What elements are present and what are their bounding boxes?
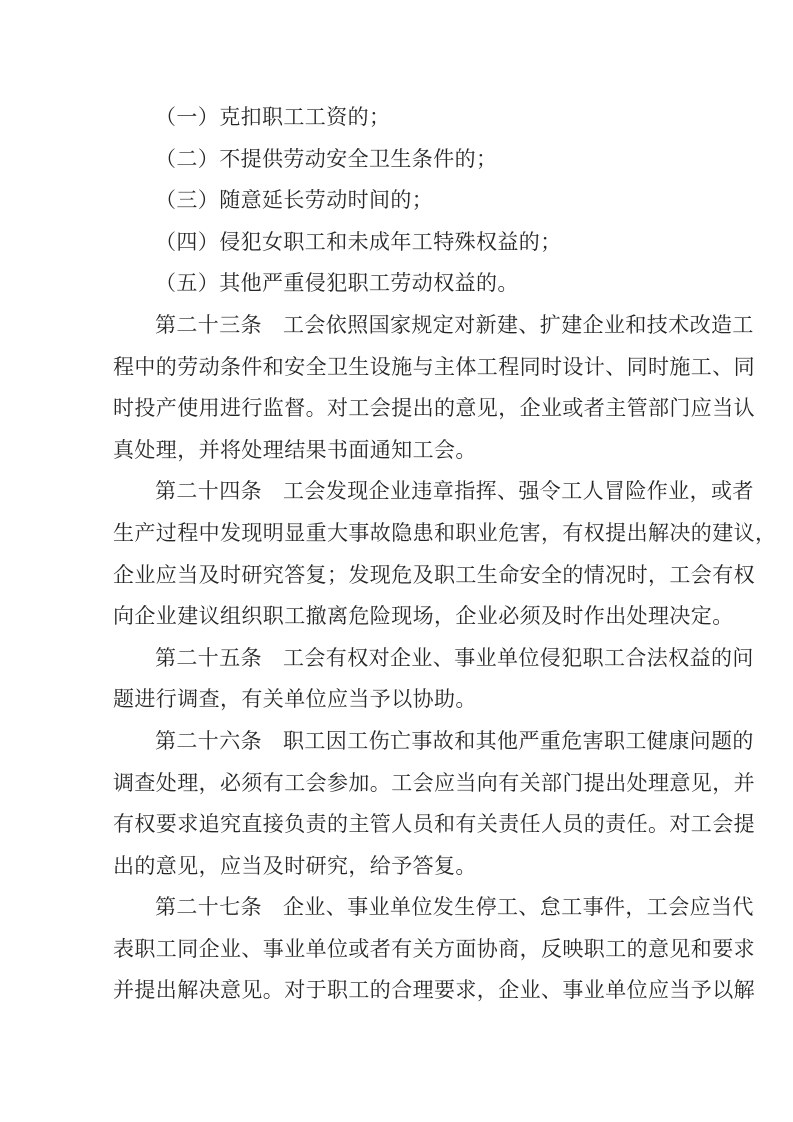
article-text: 向企业建议组织职工撤离危险现场，企业必须及时作出处理决定。 bbox=[71, 596, 713, 638]
article-text: 时投产使用进行监督。对工会提出的意见，企业或者主管部门应当认 bbox=[71, 388, 713, 430]
article-number: 第二十五条 bbox=[155, 646, 262, 670]
article-27: 第二十七条企业、事业单位发生停工、怠工事件，工会应当代 表职工同企业、事业单位或… bbox=[71, 887, 713, 1012]
article-text: 企业、事业单位发生停工、怠工事件，工会应当代 bbox=[283, 895, 754, 919]
article-number: 第二十三条 bbox=[155, 313, 262, 337]
article-25: 第二十五条工会有权对企业、事业单位侵犯职工合法权益的问 题进行调查，有关单位应当… bbox=[71, 638, 713, 721]
article-text: 表职工同企业、事业单位或者有关方面协商，反映职工的意见和要求 bbox=[71, 929, 713, 971]
document-body: （一）克扣职工工资的； （二）不提供劳动安全卫生条件的； （三）随意延长劳动时间… bbox=[71, 97, 713, 1012]
item-label: （三） bbox=[155, 188, 219, 212]
article-text: 调查处理，必须有工会参加。工会应当向有关部门提出处理意见，并 bbox=[71, 763, 713, 805]
article-text: 并提出解决意见。对于职工的合理要求，企业、事业单位应当予以解 bbox=[71, 970, 713, 1012]
article-24: 第二十四条工会发现企业违章指挥、强令工人冒险作业，或者 生产过程中发现明显重大事… bbox=[71, 471, 713, 637]
article-text: 工会有权对企业、事业单位侵犯职工合法权益的问 bbox=[283, 646, 754, 670]
item-label: （五） bbox=[155, 271, 219, 295]
article-number: 第二十六条 bbox=[155, 729, 262, 753]
article-text: 生产过程中发现明显重大事故隐患和职业危害，有权提出解决的建议， bbox=[71, 513, 713, 555]
list-item: （一）克扣职工工资的； bbox=[71, 97, 713, 139]
item-label: （二） bbox=[155, 147, 219, 171]
item-text: 不提供劳动安全卫生条件的； bbox=[219, 147, 497, 171]
item-text: 随意延长劳动时间的； bbox=[219, 188, 433, 212]
list-item: （二）不提供劳动安全卫生条件的； bbox=[71, 139, 713, 181]
article-23: 第二十三条工会依照国家规定对新建、扩建企业和技术改造工 程中的劳动条件和安全卫生… bbox=[71, 305, 713, 471]
item-label: （四） bbox=[155, 230, 219, 254]
article-26: 第二十六条职工因工伤亡事故和其他严重危害职工健康问题的 调查处理，必须有工会参加… bbox=[71, 721, 713, 887]
list-item: （五）其他严重侵犯职工劳动权益的。 bbox=[71, 263, 713, 305]
article-text: 企业应当及时研究答复；发现危及职工生命安全的情况时，工会有权 bbox=[71, 555, 713, 597]
article-text: 有权要求追究直接负责的主管人员和有关责任人员的责任。对工会提 bbox=[71, 804, 713, 846]
document-page: （一）克扣职工工资的； （二）不提供劳动安全卫生条件的； （三）随意延长劳动时间… bbox=[0, 0, 793, 1122]
list-item: （四）侵犯女职工和未成年工特殊权益的； bbox=[71, 222, 713, 264]
article-text: 职工因工伤亡事故和其他严重危害职工健康问题的 bbox=[283, 729, 754, 753]
article-text: 工会依照国家规定对新建、扩建企业和技术改造工 bbox=[283, 313, 754, 337]
item-label: （一） bbox=[155, 105, 219, 129]
list-item: （三）随意延长劳动时间的； bbox=[71, 180, 713, 222]
article-number: 第二十四条 bbox=[155, 479, 262, 503]
article-text: 程中的劳动条件和安全卫生设施与主体工程同时设计、同时施工、同 bbox=[71, 347, 713, 389]
article-text: 工会发现企业违章指挥、强令工人冒险作业，或者 bbox=[283, 479, 754, 503]
article-text: 真处理，并将处理结果书面通知工会。 bbox=[71, 430, 713, 472]
article-text: 题进行调查，有关单位应当予以协助。 bbox=[71, 679, 713, 721]
article-text: 出的意见，应当及时研究，给予答复。 bbox=[71, 846, 713, 888]
item-text: 克扣职工工资的； bbox=[219, 105, 390, 129]
article-number: 第二十七条 bbox=[155, 895, 262, 919]
item-text: 其他严重侵犯职工劳动权益的。 bbox=[219, 271, 519, 295]
item-text: 侵犯女职工和未成年工特殊权益的； bbox=[219, 230, 561, 254]
